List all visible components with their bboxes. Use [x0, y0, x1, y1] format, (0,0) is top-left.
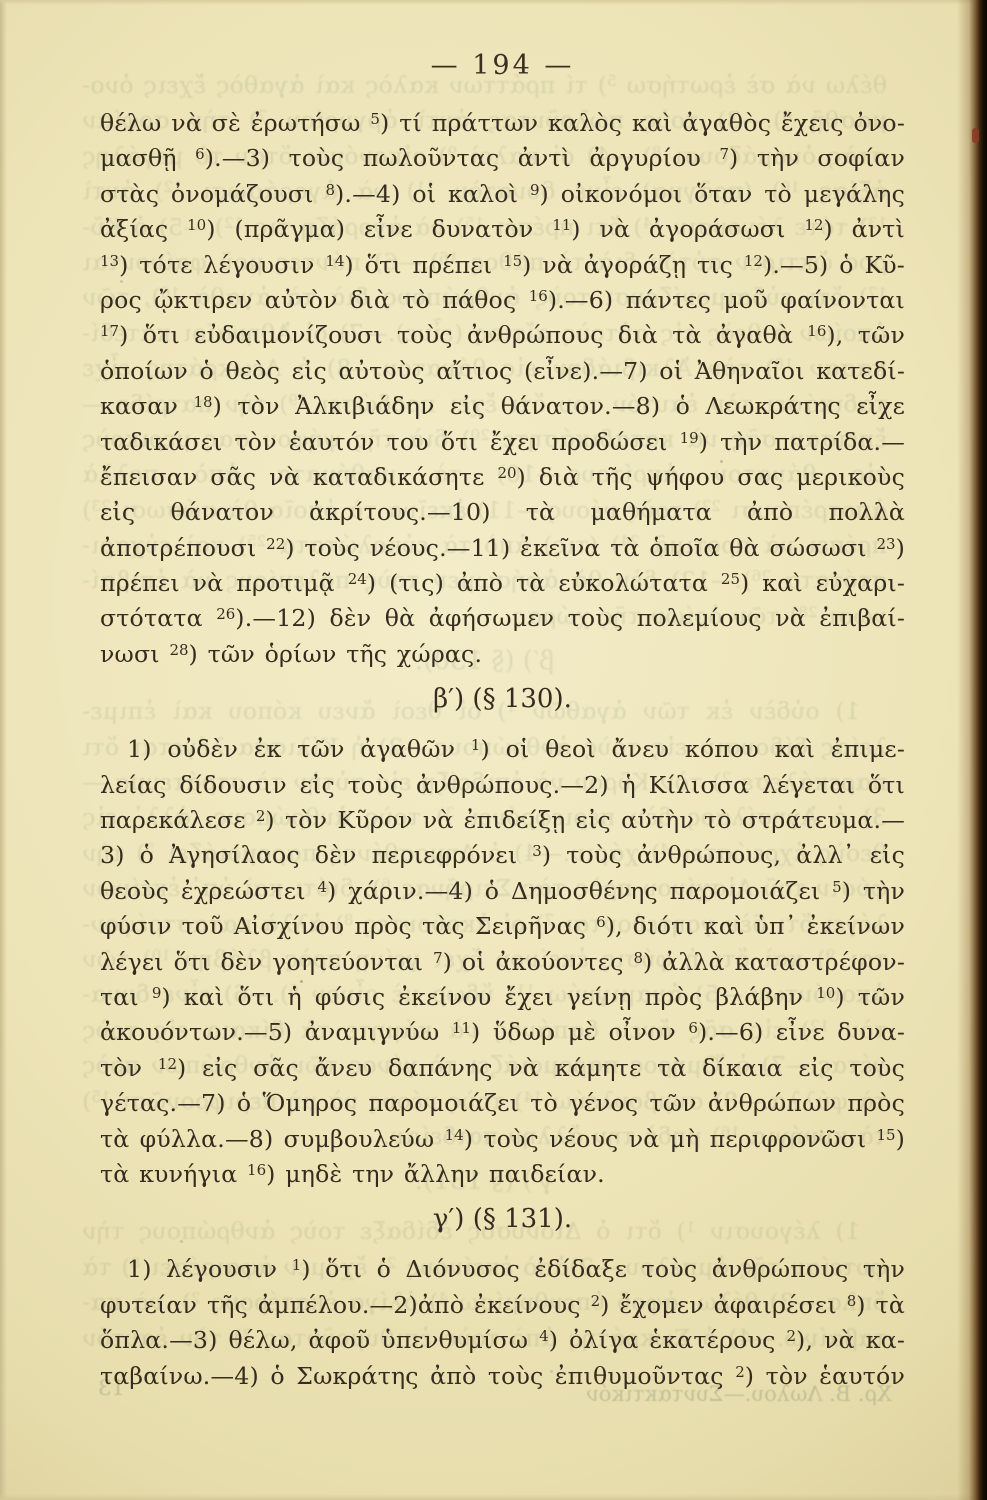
page-edge-bottom	[0, 1494, 987, 1500]
text-line: ταδικάσει τὸν ἑαυτόν του ὅτι ἔχει προδώσ…	[100, 425, 905, 460]
body-text: θέλω νὰ σὲ ἐρωτήσω 5) τί πράττων καλὸς κ…	[100, 106, 905, 1394]
footnote-ref: 6	[688, 1019, 698, 1037]
footnote-ref: 7	[433, 949, 443, 967]
footnote-ref: 24	[348, 570, 367, 588]
text-line: ὁποίων ὁ θεὸς εἰς αὐτοὺς αἴτιος (εἶνε).—…	[100, 354, 905, 389]
book-page-scan: θέλω νὰ σὲ ἐρωτήσω 5) τί πράττων καλὸς κ…	[0, 0, 987, 1500]
footnote-ref: 14	[325, 252, 344, 270]
footnote-ref: 20	[497, 464, 516, 482]
page-number-header: — 194 —	[100, 52, 905, 80]
footnote-ref: 8	[633, 949, 643, 967]
text-line: ἀκουόντων.—5) ἀναμιγνύω 11) ὕδωρ μὲ οἶνο…	[100, 1015, 905, 1050]
text-line: τὰ κυνήγια 16) μηδὲ την ἄλλην παιδείαν.	[100, 1157, 905, 1192]
footnote-ref: 1	[471, 736, 481, 754]
footnote-ref: 2	[735, 1363, 745, 1381]
text-line: ἀποτρέπουσι 22) τοὺς νέους.—11) ἐκεῖνα τ…	[100, 531, 905, 566]
text-line: στὰς ὀνομάζουσι 8).—4) οἱ καλοὶ 9) οἰκον…	[100, 177, 905, 212]
text-line: 17) ὅτι εὐδαιμονίζουσι τοὺς ἀνθρώπους δι…	[100, 318, 905, 353]
footnote-ref: 5	[370, 110, 380, 128]
footnote-ref: 6	[596, 913, 606, 931]
text-line: 1) λέγουσιν 1) ὅτι ὁ Διόνυσος ἐδίδαξε το…	[100, 1252, 905, 1287]
red-ink-mark	[972, 128, 979, 143]
text-line: φύσιν τοῦ Αἰσχίνου πρὸς τὰς Σειρῆνας 6),…	[100, 909, 905, 944]
text-line: εἰς θάνατον ἀκρίτους.—10) τὰ μαθήματα ἀπ…	[100, 495, 905, 530]
text-line: ἀξίας 10) (πρᾶγμα) εἶνε δυνατὸν 11) νὰ ἀ…	[100, 212, 905, 247]
text-column: — 194 — θέλω νὰ σὲ ἐρωτήσω 5) τί πράττων…	[0, 0, 987, 1500]
text-line: ρος ᾤκτιρεν αὐτὸν διὰ τὸ πάθος 16).—6) π…	[100, 283, 905, 318]
footnote-ref: 28	[169, 641, 188, 659]
footnote-ref: 18	[194, 393, 213, 411]
footnote-ref: 14	[445, 1126, 464, 1144]
paragraph: 1) οὐδὲν ἐκ τῶν ἀγαθῶν 1) οἱ θεοὶ ἄνευ κ…	[100, 732, 905, 1192]
page-edge-top	[0, 0, 987, 5]
footnote-ref: 23	[877, 535, 896, 553]
text-line: παρεκάλεσε 2) τὸν Κῦρον νὰ ἐπιδείξῃ εἰς …	[100, 803, 905, 838]
text-line: στότατα 26).—12) δὲν θὰ ἀφήσωμεν τοὺς πο…	[100, 601, 905, 636]
footnote-ref: 12	[744, 252, 763, 270]
footnote-ref: 2	[591, 1292, 601, 1310]
footnote-ref: 6	[195, 145, 205, 163]
footnote-ref: 4	[539, 1327, 549, 1345]
text-line: 3) ὁ Ἀγησίλαος δὲν περιεφρόνει 3) τοὺς ἀ…	[100, 838, 905, 873]
text-line: νωσι 28) τῶν ὁρίων τῆς χώρας.	[100, 637, 905, 672]
text-line: τὸν 12) εἰς σᾶς ἄνευ δαπάνης νὰ κάμητε τ…	[100, 1051, 905, 1086]
text-line: θέλω νὰ σὲ ἐρωτήσω 5) τί πράττων καλὸς κ…	[100, 106, 905, 141]
section-heading: γ′) (§ 131).	[100, 1202, 905, 1236]
footnote-ref: 7	[719, 145, 729, 163]
section-heading: β′) (§ 130).	[100, 682, 905, 716]
footnote-ref: 16	[807, 322, 826, 340]
footnote-ref: 9	[152, 984, 162, 1002]
text-line: φυτείαν τῆς ἀμπέλου.—2)ἀπὸ ἐκείνους 2) ἔ…	[100, 1288, 905, 1323]
footnote-ref: 1	[292, 1256, 302, 1274]
footnote-ref: 8	[847, 1292, 857, 1310]
footnote-ref: 4	[317, 878, 327, 896]
footnote-ref: 2	[256, 807, 266, 825]
text-line: κασαν 18) τὸν Ἀλκιβιάδην εἰς θάνατον.—8)…	[100, 389, 905, 424]
text-line: ταβαίνω.—4) ὁ Σωκράτης ἀπὸ τοὺς ἐπιθυμοῦ…	[100, 1359, 905, 1394]
footnote-ref: 10	[816, 984, 835, 1002]
text-line: τὰ φύλλα.—8) συμβουλεύω 14) τοὺς νέους ν…	[100, 1122, 905, 1157]
footnote-ref: 25	[721, 570, 740, 588]
footnote-ref: 13	[100, 252, 119, 270]
paragraph: θέλω νὰ σὲ ἐρωτήσω 5) τί πράττων καλὸς κ…	[100, 106, 905, 672]
footnote-ref: 16	[247, 1161, 266, 1179]
footnote-ref: 26	[216, 605, 235, 623]
text-line: πρέπει νὰ προτιμᾷ 24) (τις) ἀπὸ τὰ εὐκολ…	[100, 566, 905, 601]
text-line: ὅπλα.—3) θέλω, ἀφοῦ ὑπενθυμίσω 4) ὀλίγα …	[100, 1323, 905, 1358]
page-edge-right	[957, 0, 987, 1500]
text-line: ται 9) καὶ ὅτι ἡ φύσις ἐκείνου ἔχει γείν…	[100, 980, 905, 1015]
text-line: 13) τότε λέγουσιν 14) ὅτι πρέπει 15) νὰ …	[100, 248, 905, 283]
footnote-ref: 15	[503, 252, 522, 270]
footnote-ref: 15	[877, 1126, 896, 1144]
footnote-ref: 11	[552, 216, 571, 234]
footnote-ref: 12	[158, 1055, 177, 1073]
text-line: λέγει ὅτι δὲν γοητεύονται 7) οἱ ἀκούοντε…	[100, 945, 905, 980]
footnote-ref: 12	[804, 216, 823, 234]
footnote-ref: 9	[530, 181, 540, 199]
footnote-ref: 19	[680, 429, 699, 447]
text-line: μασθῇ 6).—3) τοὺς πωλοῦντας ἀντὶ ἀργυρίο…	[100, 141, 905, 176]
footnote-ref: 22	[266, 535, 285, 553]
footnote-ref: 17	[100, 322, 119, 340]
footnote-ref: 8	[325, 181, 335, 199]
footnote-ref: 5	[832, 878, 842, 896]
text-line: γέτας.—7) ὁ Ὅμηρος παρομοιάζει τὸ γένος …	[100, 1086, 905, 1121]
footnote-ref: 10	[187, 216, 206, 234]
text-line: λείας δίδουσιν εἰς τοὺς ἀνθρώπους.—2) ἡ …	[100, 768, 905, 803]
text-line: θεοὺς ἐχρεώστει 4) χάριν.—4) ὁ Δημοσθένη…	[100, 874, 905, 909]
text-line: 1) οὐδὲν ἐκ τῶν ἀγαθῶν 1) οἱ θεοὶ ἄνευ κ…	[100, 732, 905, 767]
paragraph: 1) λέγουσιν 1) ὅτι ὁ Διόνυσος ἐδίδαξε το…	[100, 1252, 905, 1394]
footnote-ref: 16	[529, 287, 548, 305]
page-edge-left	[0, 0, 7, 1500]
footnote-ref: 3	[532, 842, 542, 860]
footnote-ref: 2	[787, 1327, 797, 1345]
footnote-ref: 11	[452, 1019, 471, 1037]
text-line: ἔπεισαν σᾶς νὰ καταδικάσητε 20) διὰ τῆς …	[100, 460, 905, 495]
